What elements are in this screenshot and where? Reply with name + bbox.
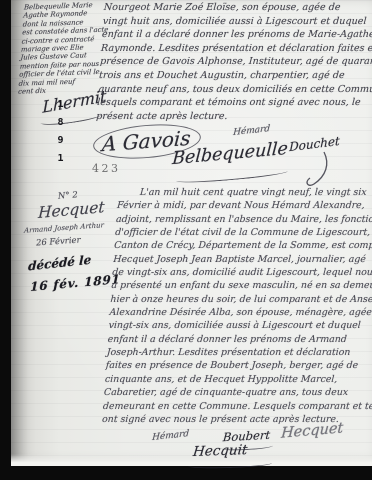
act2-line: Canton de Crécy, Département de la Somme… [114, 239, 372, 252]
act2-line: adjoint, remplissant en l'absence du Mai… [116, 213, 372, 226]
act1-line: quarante neuf ans, tous deux domiciliés … [98, 83, 367, 97]
act2-line: demeurant en cette Commune. Lesquels com… [103, 400, 362, 413]
act1-line: Nourgeot Marie Zoé Eloïse, son épouse, a… [103, 1, 372, 15]
act1-line: enfant il a déclaré donner les prénoms d… [101, 28, 370, 42]
act1-line: Raymonde. Lesdites présentation et décla… [100, 42, 369, 56]
signature-flourish [300, 150, 336, 190]
act2-line: enfant il a déclaré donner les prénoms d… [107, 333, 366, 346]
act2-line: Cabaretier, agé de cinquante-quatre ans,… [103, 386, 362, 399]
act2-line: cinquante ans, et de Hecquet Hyppolitte … [104, 373, 363, 386]
act2-line: L'an mil huit cent quatre vingt neuf, le… [117, 186, 372, 199]
scanned-register-page: Belbequeulle Marie Agathe Raymonde dont … [0, 0, 372, 480]
act2-line: faites en présence de Boubert Joseph, be… [105, 359, 364, 372]
act2-line: vingt-six ans, domiciliée aussi à Ligesc… [108, 319, 367, 332]
act1-body-text: Nourgeot Marie Zoé Eloïse, son épouse, a… [96, 1, 372, 123]
side-year-stamp: 1891 [55, 99, 66, 169]
signature-hecquit: Hecquit [192, 442, 248, 460]
act2-line: d'officier de l'état civil de la Commune… [115, 226, 372, 239]
act2-line: Alexandrine Désirée Alba, son épouse, mé… [109, 306, 368, 319]
act2-line: Février à midi, par devant Nous Hémard A… [117, 199, 372, 212]
act1-line: présence de Gavois Alphonse, Instituteur… [100, 55, 369, 69]
act1-line: lesquels comparant et témoins ont signé … [97, 96, 366, 110]
act2-line: Hecquet Joseph Jean Baptiste Marcel, jou… [113, 253, 372, 266]
act1-line: trois ans et Douchet Augustin, charpenti… [99, 69, 368, 83]
act2-line: de vingt-six ans, domicilié audit Ligesc… [112, 266, 371, 279]
act-number-stamp: 423 [92, 162, 121, 175]
act1-line: présent acte après lecture. [96, 110, 365, 124]
act2-line: hier à onze heures du soir, de lui compa… [110, 293, 369, 306]
act2-line: Joseph-Arthur. Lesdites présentation et … [106, 346, 365, 359]
act2-line: a présenté un enfant du sexe masculin, n… [111, 279, 370, 292]
act2-body-text: L'an mil huit cent quatre vingt neuf, le… [102, 186, 372, 426]
act1-line: vingt huit ans, domiciliée aussi à Liges… [102, 15, 371, 29]
